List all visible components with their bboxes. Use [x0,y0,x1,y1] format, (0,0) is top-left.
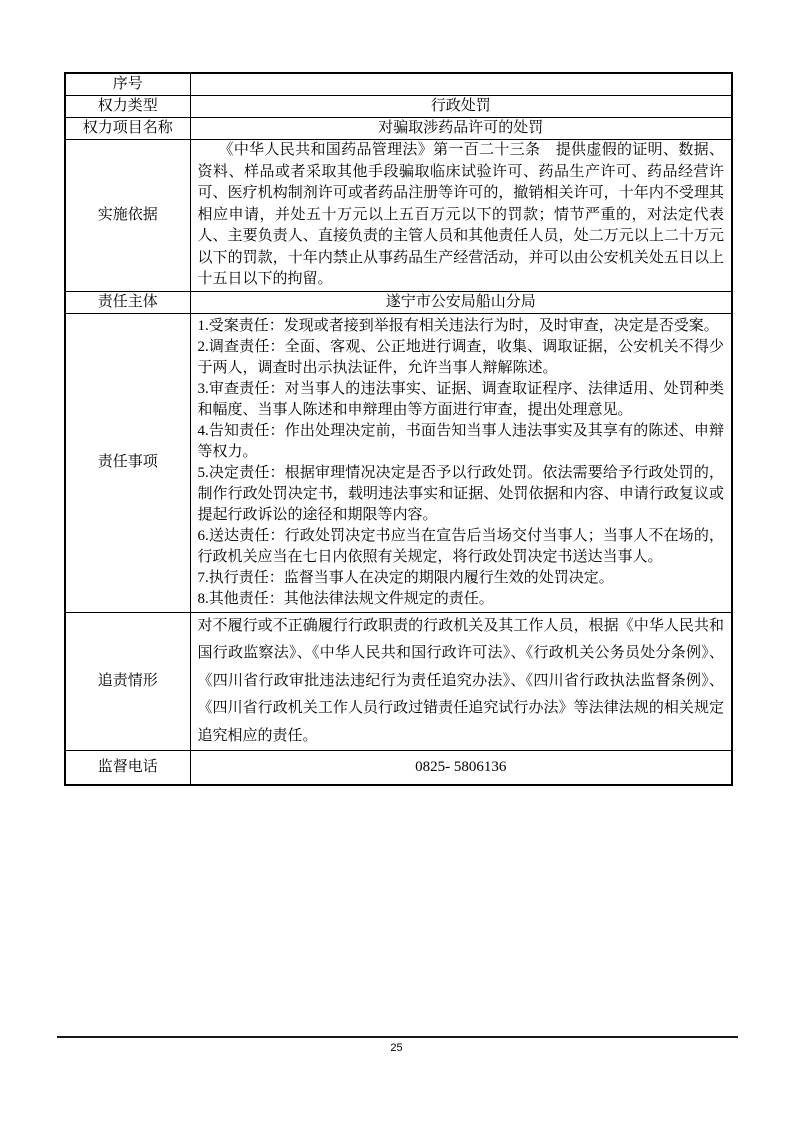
row-label-power-type: 权力类型 [65,96,190,118]
duty-item: 6.送达责任：行政处罚决定书应当在宣告后当场交付当事人；当事人不在场的，行政机关… [198,526,725,568]
table-row-implementation-basis: 实施依据 《中华人民共和国药品管理法》第一百二十三条 提供虚假的证明、数据、资料… [65,140,732,292]
row-value-accountability: 对不履行或不正确履行行政职责的行政机关及其工作人员，根据《中华人民共和国行政监察… [190,612,732,751]
row-value-serial-number [190,73,732,96]
row-label-supervision-phone: 监督电话 [65,751,190,785]
row-value-supervision-phone: 0825- 5806136 [190,751,732,785]
duty-item: 4.告知责任：作出处理决定前，书面告知当事人违法事实及其享有的陈述、申辩等权力。 [198,421,725,463]
footer-rule [57,1036,738,1038]
duty-item: 1.受案责任：发现或者接到举报有相关违法行为时，及时审查，决定是否受案。 [198,316,725,337]
duty-item: 8.其他责任：其他法律法规文件规定的责任。 [198,589,725,610]
row-label-accountability: 追责情形 [65,612,190,751]
duty-item: 3.审查责任：对当事人的违法事实、证据、调查取证程序、法律适用、处罚种类和幅度、… [198,379,725,421]
row-label-power-item-name: 权力项目名称 [65,118,190,140]
row-value-power-item-name: 对骗取涉药品许可的处罚 [190,118,732,140]
table-row-supervision-phone: 监督电话 0825- 5806136 [65,751,732,785]
duty-item: 7.执行责任：监督当事人在决定的期限内履行生效的处罚决定。 [198,568,725,589]
table-row-power-type: 权力类型 行政处罚 [65,96,732,118]
duty-item: 2.调查责任：全面、客观、公正地进行调查，收集、调取证据，公安机关不得少于两人，… [198,337,725,379]
table-row-serial-number: 序号 [65,73,732,96]
table-row-responsibility-items: 责任事项 1.受案责任：发现或者接到举报有相关违法行为时，及时审查，决定是否受案… [65,313,732,612]
row-value-responsibility-items: 1.受案责任：发现或者接到举报有相关违法行为时，及时审查，决定是否受案。 2.调… [190,313,732,612]
table-row-power-item-name: 权力项目名称 对骗取涉药品许可的处罚 [65,118,732,140]
power-item-table: 序号 权力类型 行政处罚 权力项目名称 对骗取涉药品许可的处罚 实施依据 《中华… [64,72,733,786]
row-value-power-type: 行政处罚 [190,96,732,118]
document-page: 序号 权力类型 行政处罚 权力项目名称 对骗取涉药品许可的处罚 实施依据 《中华… [0,0,793,1122]
row-label-serial-number: 序号 [65,73,190,96]
page-number: 25 [0,1042,793,1054]
row-value-implementation-basis: 《中华人民共和国药品管理法》第一百二十三条 提供虚假的证明、数据、资料、样品或者… [190,140,732,292]
row-label-responsible-entity: 责任主体 [65,291,190,313]
row-value-responsible-entity: 遂宁市公安局船山分局 [190,291,732,313]
duty-item: 5.决定责任：根据审理情况决定是否予以行政处罚。依法需要给予行政处罚的，制作行政… [198,463,725,526]
row-label-responsibility-items: 责任事项 [65,313,190,612]
table-row-responsible-entity: 责任主体 遂宁市公安局船山分局 [65,291,732,313]
table-row-accountability: 追责情形 对不履行或不正确履行行政职责的行政机关及其工作人员，根据《中华人民共和… [65,612,732,751]
row-label-implementation-basis: 实施依据 [65,140,190,292]
